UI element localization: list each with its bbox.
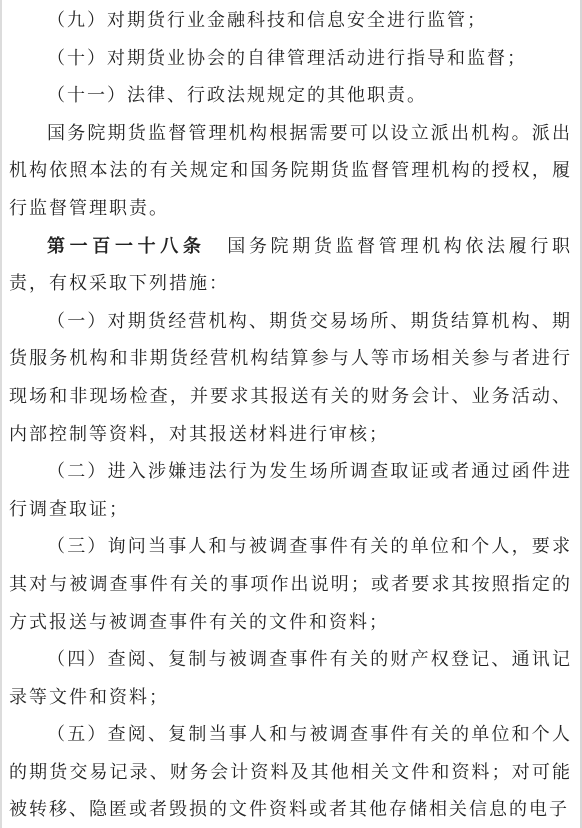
paragraph-text: （九）对期货行业金融科技和信息安全进行监管； — [47, 10, 487, 30]
paragraph-text: 国务院期货监督管理机构根据需要可以设立派出机构。派出机构依照本法的有关规定和国务… — [9, 123, 572, 218]
paragraph: （九）对期货行业金融科技和信息安全进行监管； — [9, 2, 572, 40]
paragraph-text: （一）对期货经营机构、期货交易场所、期货结算机构、期货服务机构和非期货经营机构结… — [9, 311, 572, 444]
paragraph-text: （二）进入涉嫌违法行为发生场所调查取证或者通过函件进行调查取证； — [9, 461, 572, 519]
paragraph-text: （四）查阅、复制与被调查事件有关的财产权登记、通讯记录等文件和资料； — [9, 649, 572, 707]
document-page: （九）对期货行业金融科技和信息安全进行监管；（十）对期货业协会的自律管理活动进行… — [0, 0, 582, 828]
paragraph: （四）查阅、复制与被调查事件有关的财产权登记、通讯记录等文件和资料； — [9, 641, 572, 716]
paragraph-text: （十）对期货业协会的自律管理活动进行指导和监督； — [47, 48, 527, 68]
paragraph: （三）询问当事人和与被调查事件有关的单位和个人，要求其对与被调查事件有关的事项作… — [9, 528, 572, 641]
paragraph-text: （十一）法律、行政法规规定的其他职责。 — [47, 85, 427, 105]
paragraph: （十）对期货业协会的自律管理活动进行指导和监督； — [9, 40, 572, 78]
paragraph: （二）进入涉嫌违法行为发生场所调查取证或者通过函件进行调查取证； — [9, 453, 572, 528]
article-number: 第一百一十八条 — [47, 236, 206, 256]
paragraph-text: （三）询问当事人和与被调查事件有关的单位和个人，要求其对与被调查事件有关的事项作… — [9, 536, 572, 631]
paragraph: （十一）法律、行政法规规定的其他职责。 — [9, 77, 572, 115]
paragraph-text: （五）查阅、复制当事人和与被调查事件有关的单位和个人的期货交易记录、财务会计资料… — [9, 724, 572, 819]
paragraph: 第一百一十八条 国务院期货监督管理机构依法履行职责，有权采取下列措施： — [9, 228, 572, 303]
paragraph: 国务院期货监督管理机构根据需要可以设立派出机构。派出机构依照本法的有关规定和国务… — [9, 115, 572, 228]
paragraph: （一）对期货经营机构、期货交易场所、期货结算机构、期货服务机构和非期货经营机构结… — [9, 303, 572, 453]
paragraph: （五）查阅、复制当事人和与被调查事件有关的单位和个人的期货交易记录、财务会计资料… — [9, 716, 572, 828]
document-body: （九）对期货行业金融科技和信息安全进行监管；（十）对期货业协会的自律管理活动进行… — [2, 0, 580, 828]
